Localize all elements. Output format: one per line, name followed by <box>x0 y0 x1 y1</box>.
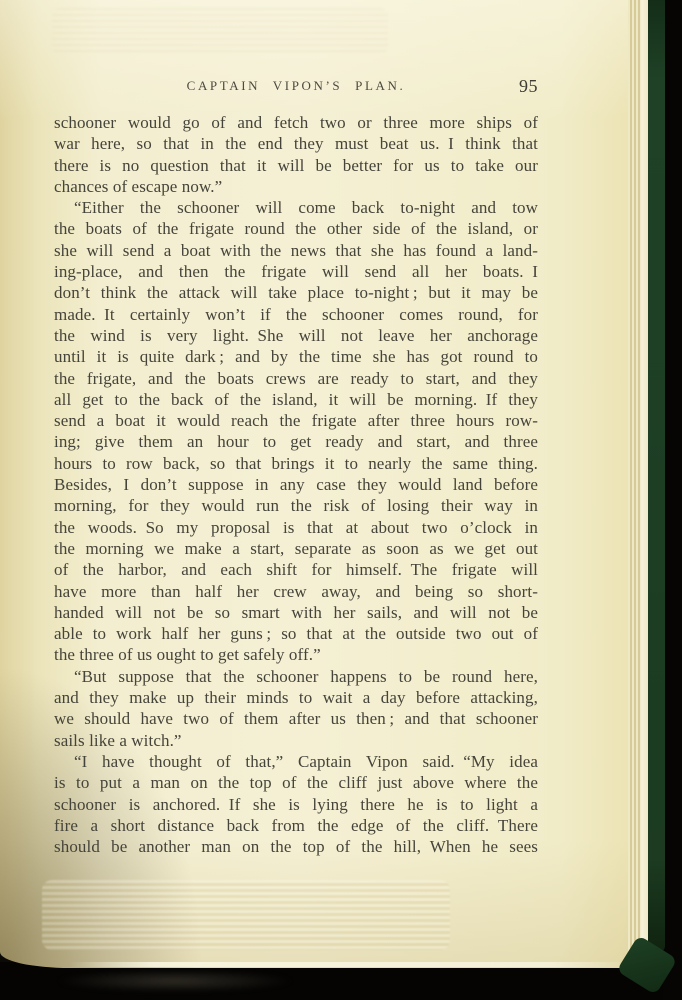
text-line: “But suppose that the schooner happens t… <box>54 666 538 687</box>
book-page: CAPTAIN VIPON’S PLAN. 95 schooner would … <box>0 0 650 968</box>
text-line: schooner is anchored. If she is lying th… <box>54 794 538 815</box>
text-line: war here, so that in the end they must b… <box>54 133 538 154</box>
running-title: CAPTAIN VIPON’S PLAN. <box>54 78 538 94</box>
background-right-of-book <box>663 0 682 1000</box>
text-line: have more than half her crew away, and b… <box>54 581 538 602</box>
text-line: the woods. So my proposal is that at abo… <box>54 517 538 538</box>
text-line: the frigate, and the boats crews are rea… <box>54 368 538 389</box>
text-line: the morning we make a start, separate as… <box>54 538 538 559</box>
text-line: she will send a boat with the news that … <box>54 240 538 261</box>
page-number: 95 <box>519 76 538 97</box>
text-line: “I have thought of that,” Captain Vipon … <box>54 751 538 772</box>
scan-streaks-top <box>52 8 388 54</box>
scanned-book-photo: CAPTAIN VIPON’S PLAN. 95 schooner would … <box>0 0 682 1000</box>
book-cover-strip <box>648 0 665 952</box>
text-line: the boats of the frigate round the other… <box>54 218 538 239</box>
page-body: schooner would go of and fetch two or th… <box>54 112 538 857</box>
text-line: chances of escape now.” <box>54 176 538 197</box>
text-line: until it is quite dark ; and by the time… <box>54 346 538 367</box>
text-line: don’t think the attack will take place t… <box>54 282 538 303</box>
text-line: ing-place, and then the frigate will sen… <box>54 261 538 282</box>
page-bottom-shadow <box>55 970 295 992</box>
text-line: morning, for they would run the risk of … <box>54 495 538 516</box>
page-edge-stack-bottom <box>42 880 450 950</box>
text-line: Besides, I don’t suppose in any case the… <box>54 474 538 495</box>
text-line: and they make up their minds to wait a d… <box>54 687 538 708</box>
text-line: the three of us ought to get safely off.… <box>54 644 538 665</box>
text-line: schooner would go of and fetch two or th… <box>54 112 538 133</box>
text-line: there is no question that it will be bet… <box>54 155 538 176</box>
text-line: “Either the schooner will come back to-n… <box>54 197 538 218</box>
text-line: fire a short distance back from the edge… <box>54 815 538 836</box>
text-line: made. It certainly won’t if the schooner… <box>54 304 538 325</box>
page-edge-bottom-highlight <box>70 962 630 967</box>
text-line: able to work half her guns ; so that at … <box>54 623 538 644</box>
page-header: CAPTAIN VIPON’S PLAN. 95 <box>54 78 538 102</box>
text-line: of the harbor, and each shift for himsel… <box>54 559 538 580</box>
text-line: hours to row back, so that brings it to … <box>54 453 538 474</box>
text-line: the wind is very light. She will not lea… <box>54 325 538 346</box>
text-line: we should have two of them after us then… <box>54 708 538 729</box>
text-line: send a boat it would reach the frigate a… <box>54 410 538 431</box>
text-line: all get to the back of the island, it wi… <box>54 389 538 410</box>
text-line: is to put a man on the top of the cliff … <box>54 772 538 793</box>
text-line: sails like a witch.” <box>54 730 538 751</box>
page-edge-right <box>628 0 648 960</box>
text-line: should be another man on the top of the … <box>54 836 538 857</box>
text-line: handed will not be so smart with her sai… <box>54 602 538 623</box>
text-line: ing; give them an hour to get ready and … <box>54 431 538 452</box>
